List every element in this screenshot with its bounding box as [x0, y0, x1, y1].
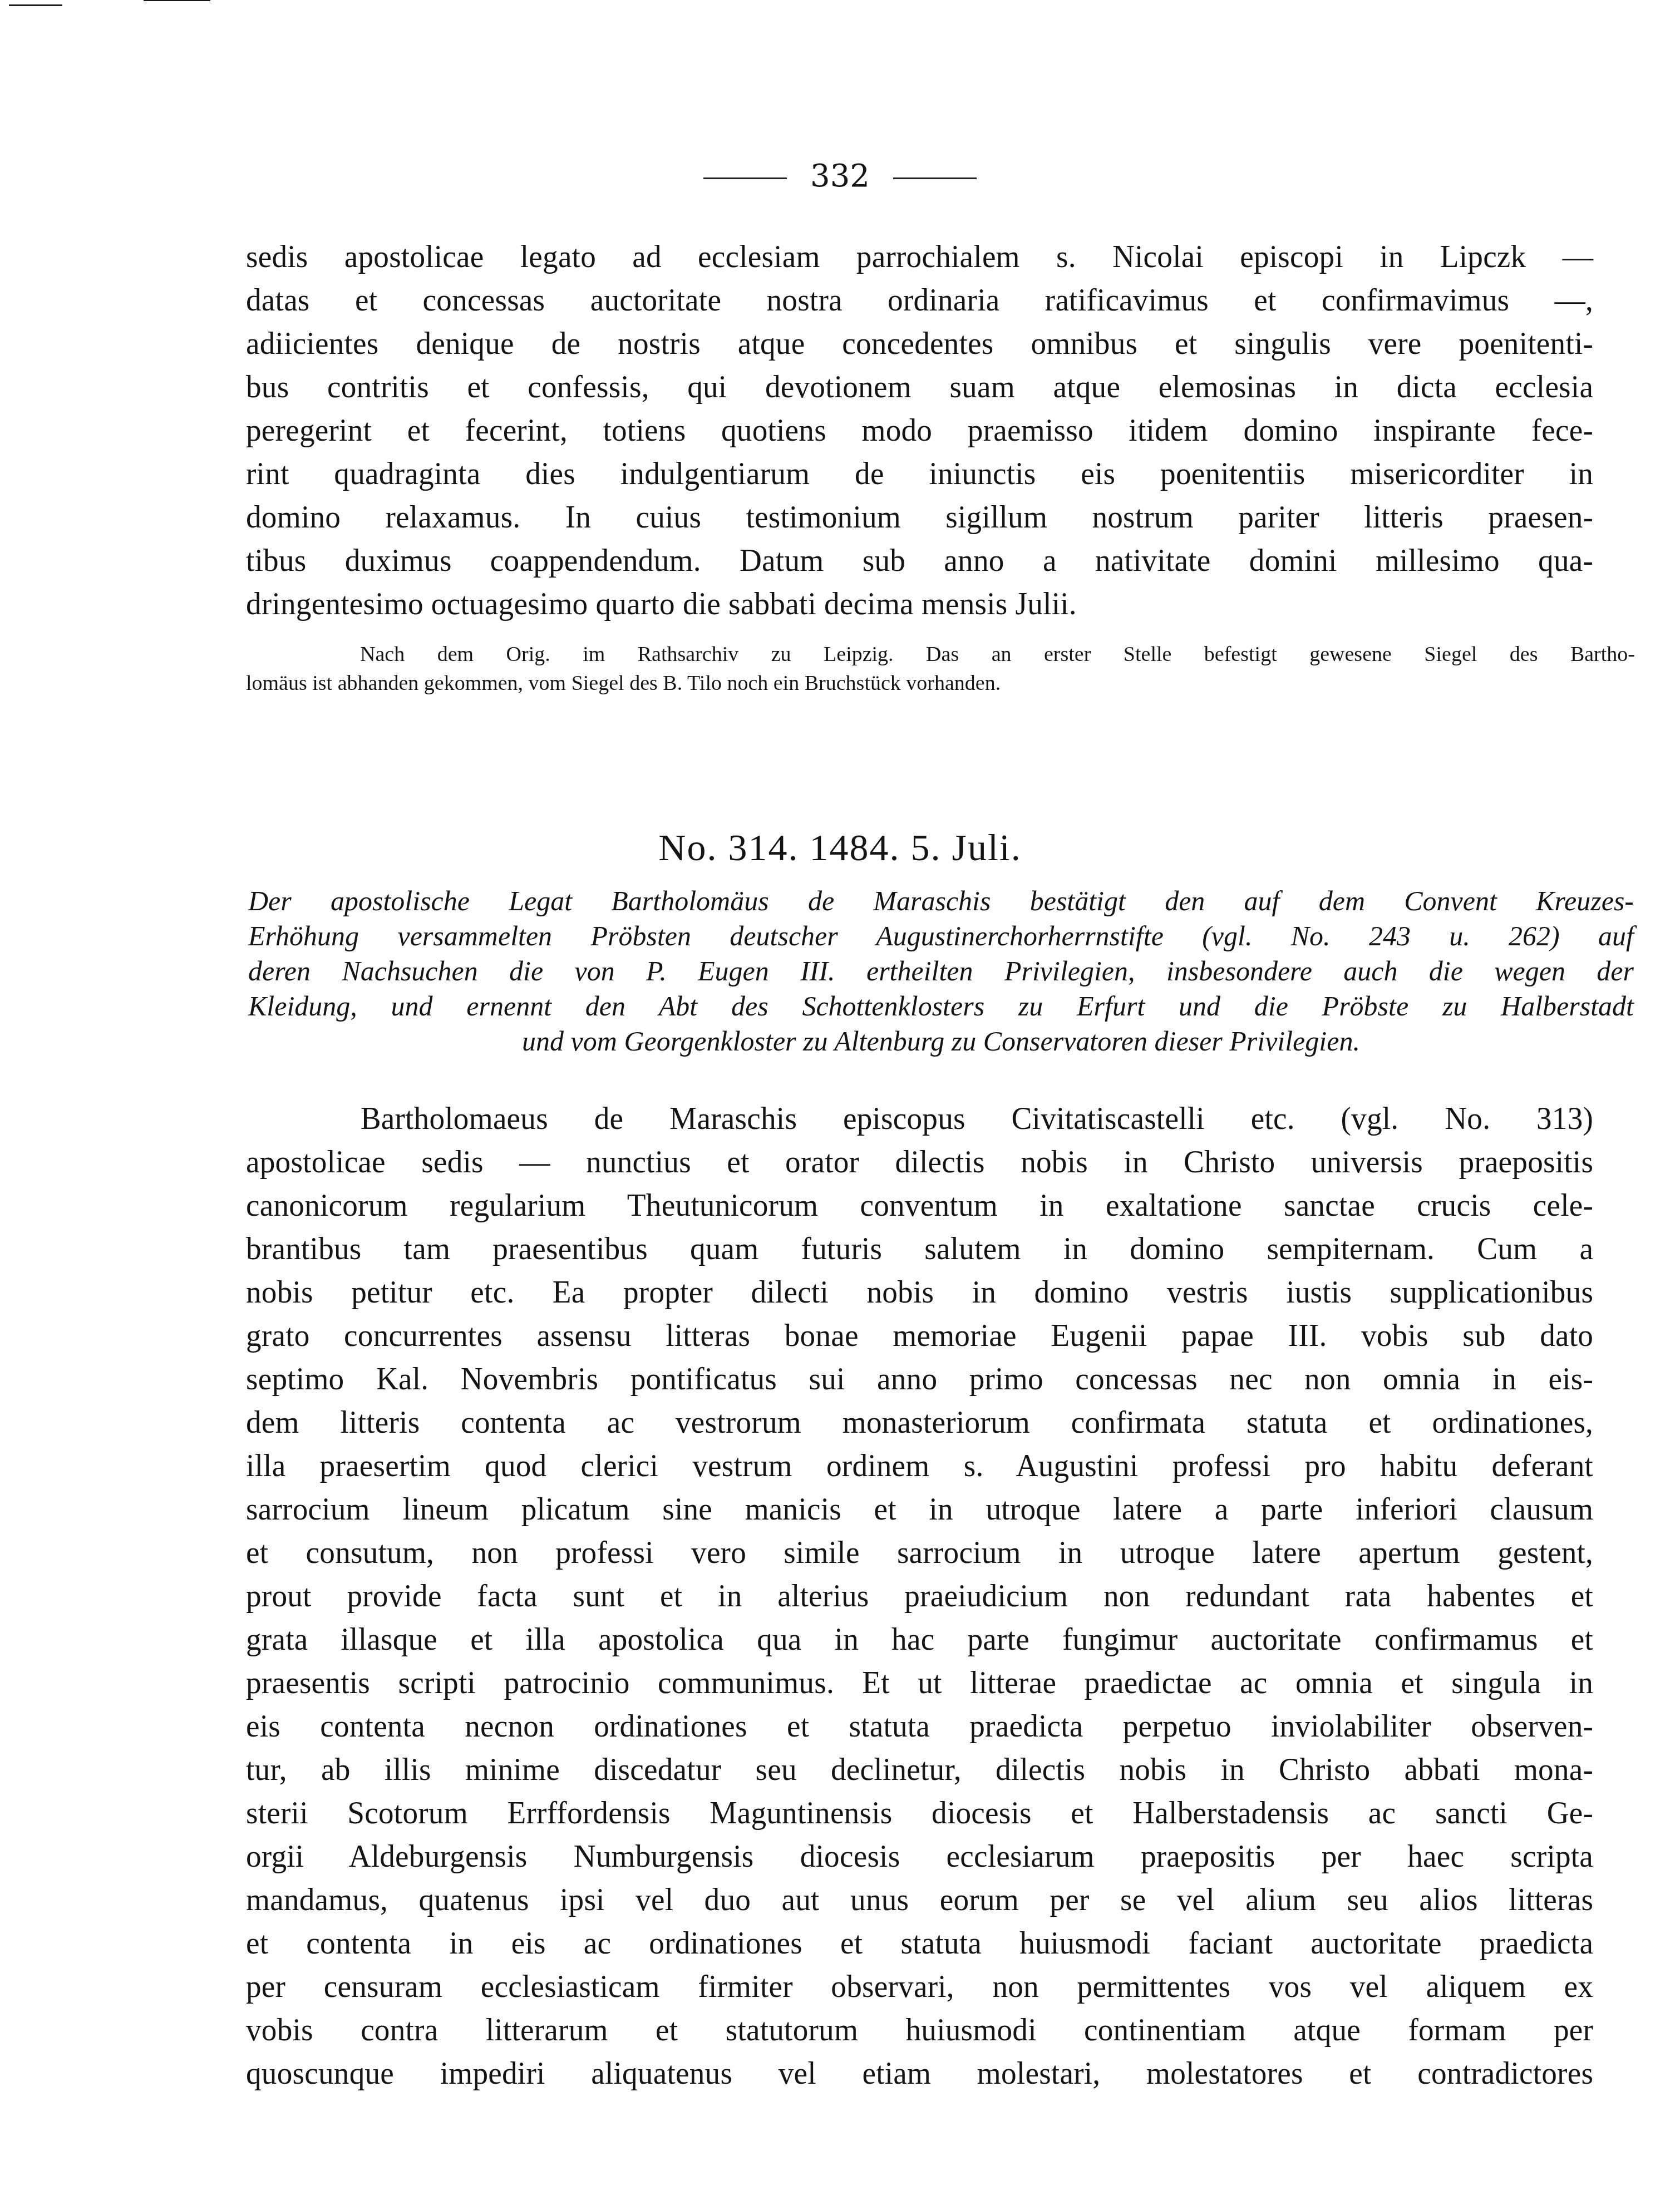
text-line: dringentesimo octuagesimo quarto die sab… — [246, 583, 1593, 626]
text-line: domino relaxamus. In cuius testimonium s… — [246, 496, 1593, 539]
scan-artifact — [9, 4, 62, 6]
summary-line: Kleidung, und ernennt den Abt des Schott… — [248, 989, 1634, 1024]
text-line: per censuram ecclesiasticam firmiter obs… — [246, 1965, 1593, 2009]
text-line: et consutum, non professi vero simile sa… — [246, 1531, 1593, 1575]
text-line: canonicorum regularium Theutunicorum con… — [246, 1184, 1593, 1227]
text-line: grata illasque et illa apostolica qua in… — [246, 1618, 1593, 1661]
page-header: 332 — [0, 157, 1680, 196]
text-line: vobis contra litterarum et statutorum hu… — [246, 2009, 1593, 2052]
text-line: Bartholomaeus de Maraschis episcopus Civ… — [246, 1097, 1593, 1141]
summary-line: Erhöhung versammelten Pröbsten deutscher… — [248, 919, 1634, 954]
text-line: bus contritis et confessis, qui devotion… — [246, 366, 1593, 409]
text-line: eis contenta necnon ordinationes et stat… — [246, 1705, 1593, 1748]
text-line: nobis petitur etc. Ea propter dilecti no… — [246, 1271, 1593, 1314]
text-line: sarrocium lineum plicatum sine manicis e… — [246, 1488, 1593, 1531]
text-line: orgii Aldeburgensis Numburgensis diocesi… — [246, 1835, 1593, 1878]
text-line: peregerint et fecerint, totiens quotiens… — [246, 409, 1593, 452]
header-rule-left — [703, 177, 787, 179]
text-line: tur, ab illis minime discedatur seu decl… — [246, 1748, 1593, 1792]
text-line: tibus duximus coappendendum. Datum sub a… — [246, 539, 1593, 583]
scan-artifact — [144, 0, 210, 1]
header-rule-right — [893, 177, 977, 179]
source-note: Nach dem Orig. im Rathsarchiv zu Leipzig… — [246, 640, 1635, 698]
note-line: lomäus ist abhanden gekommen, vom Siegel… — [246, 669, 1635, 698]
text-line: adiicientes denique de nostris atque con… — [246, 322, 1593, 366]
continuation-text: sedis apostolicae legato ad ecclesiam pa… — [246, 235, 1635, 626]
summary-line: Der apostolische Legat Bartholomäus de M… — [248, 884, 1634, 919]
text-line: grato concurrentes assensu litteras bona… — [246, 1314, 1593, 1358]
text-line: septimo Kal. Novembris pontificatus sui … — [246, 1358, 1593, 1401]
document-heading: No. 314. 1484. 5. Juli. — [0, 822, 1680, 872]
page-number: 332 — [810, 158, 870, 194]
text-line: brantibus tam praesentibus quam futuris … — [246, 1227, 1593, 1271]
note-line: Nach dem Orig. im Rathsarchiv zu Leipzig… — [246, 640, 1635, 669]
text-line: praesentis scripti patrocinio communimus… — [246, 1661, 1593, 1705]
text-line: apostolicae sedis — nunctius et orator d… — [246, 1141, 1593, 1184]
text-line: quoscunque impediri aliquatenus vel etia… — [246, 2052, 1593, 2095]
text-line: prout provide facta sunt et in alterius … — [246, 1575, 1593, 1618]
text-line: mandamus, quatenus ipsi vel duo aut unus… — [246, 1878, 1593, 1922]
document-summary: Der apostolische Legat Bartholomäus de M… — [248, 884, 1634, 1059]
text-line: et contenta in eis ac ordinationes et st… — [246, 1922, 1593, 1965]
summary-line: und vom Georgenkloster zu Altenburg zu C… — [248, 1024, 1634, 1059]
text-line: dem litteris contenta ac vestrorum monas… — [246, 1401, 1593, 1444]
text-line: sterii Scotorum Errffordensis Maguntinen… — [246, 1792, 1593, 1835]
document-body: Bartholomaeus de Maraschis episcopus Civ… — [246, 1097, 1635, 2095]
text-line: illa praesertim quod clerici vestrum ord… — [246, 1444, 1593, 1488]
text-line: datas et concessas auctoritate nostra or… — [246, 279, 1593, 322]
text-line: rint quadraginta dies indulgentiarum de … — [246, 452, 1593, 496]
text-line: sedis apostolicae legato ad ecclesiam pa… — [246, 235, 1593, 279]
summary-line: deren Nachsuchen die von P. Eugen III. e… — [248, 954, 1634, 989]
